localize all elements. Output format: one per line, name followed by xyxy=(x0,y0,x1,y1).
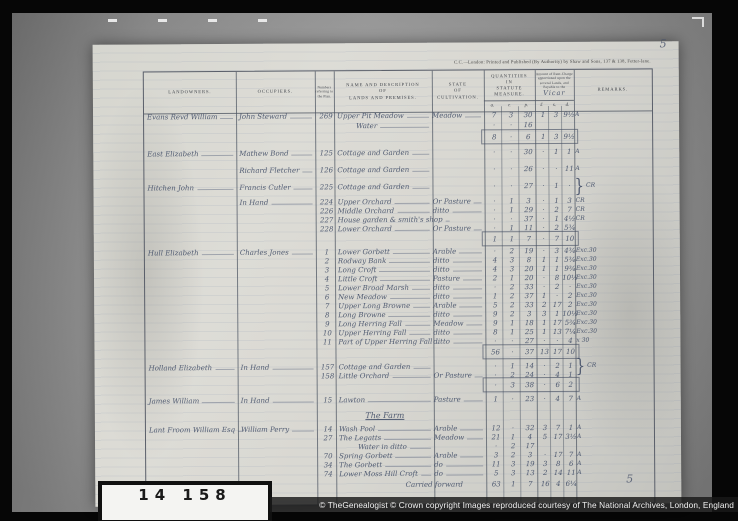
plan-number-cell: 74 xyxy=(317,468,336,479)
farm-heading: The Farm xyxy=(336,410,434,422)
landowner-cell xyxy=(145,224,237,236)
cultivation-cell: Carried forward xyxy=(434,478,486,489)
plan-number-cell: 225 xyxy=(315,181,334,192)
plan-number-cell xyxy=(317,479,336,490)
acres-cell: 56 xyxy=(485,346,502,357)
shillings-cell: 6 xyxy=(550,379,563,390)
roods-cell: · xyxy=(501,180,518,191)
landowner-cell xyxy=(145,235,237,247)
header-quantities: QUANTITIESINSTATUTE MEASURE. xyxy=(484,70,535,100)
pounds-cell: 2 xyxy=(537,467,550,478)
copyright-watermark-text: © TheGenealogist © Crown copyright Image… xyxy=(319,500,734,510)
film-edge-tick xyxy=(208,19,217,22)
land-name-cell: Part of Upper Herring Fall xyxy=(335,336,433,348)
roods-cell: 3 xyxy=(503,379,520,390)
remark-cell xyxy=(574,130,652,141)
pence-cell: 9½ xyxy=(561,131,574,142)
perches-cell: 37 xyxy=(519,346,536,357)
perches-cell: 30 xyxy=(518,146,535,157)
land-name-cell: Lower Orchard xyxy=(335,223,433,235)
acres-cell: 1 xyxy=(486,393,503,404)
perches-cell: 7 xyxy=(519,233,536,244)
perches-cell: 13 xyxy=(520,467,537,478)
pence-cell: 1 xyxy=(561,146,574,157)
pounds-cell: 16 xyxy=(537,478,550,489)
plan-number-cell xyxy=(315,132,334,143)
shillings-cell: 3 xyxy=(548,131,561,142)
occupier-cell: Francis Cutler xyxy=(236,181,315,192)
acres-cell: 1 xyxy=(485,233,502,244)
rentcharge-payee-handwritten: Vicar xyxy=(543,89,565,98)
roods-cell: 3 xyxy=(503,467,520,478)
landowner-cell xyxy=(146,469,238,481)
landowner-cell xyxy=(146,381,238,393)
perches-cell: 26 xyxy=(518,163,535,174)
landowner-cell xyxy=(144,121,236,133)
acres-cell: · xyxy=(484,180,501,191)
roods-cell: 1 xyxy=(503,478,520,489)
land-name-cell: Lower Moss Hill Croft xyxy=(336,468,434,480)
header-rentcharge: Amount of Rent-Charge apportioned upon t… xyxy=(535,70,574,100)
section-heading-row: The Farm xyxy=(146,408,654,422)
occupier-cell xyxy=(236,132,315,143)
landowner-cell: East Elizabeth xyxy=(144,148,236,160)
acres-cell: 8 xyxy=(484,131,501,142)
pounds-cell: 13 xyxy=(536,346,549,357)
landowner-cell xyxy=(145,348,237,360)
film-edge-tick xyxy=(158,19,167,22)
shillings-cell: 4 xyxy=(550,478,563,489)
occupier-cell xyxy=(238,380,317,391)
remark-cell: x 30 xyxy=(575,334,653,345)
cultivation-cell: Pasture xyxy=(434,393,486,404)
pence-cell: · xyxy=(561,180,574,191)
cultivation-cell: ditto xyxy=(433,335,485,346)
shillings-cell: 17 xyxy=(549,346,562,357)
film-edge-tick xyxy=(108,19,117,22)
acres-cell: · xyxy=(484,146,501,157)
occupier-cell: In Hand xyxy=(238,394,317,405)
pounds-cell: · xyxy=(537,393,550,404)
cultivation-cell xyxy=(432,163,484,174)
plan-number-cell: 15 xyxy=(317,394,336,405)
land-name-cell: Cottage and Garden xyxy=(334,181,432,193)
film-background: C.C.—London: Printed and Published (By A… xyxy=(12,13,712,512)
roods-cell: · xyxy=(501,146,518,157)
remark-cell xyxy=(575,221,653,232)
land-name-cell xyxy=(334,132,432,144)
perches-cell: 7 xyxy=(520,478,537,489)
plan-number-cell xyxy=(316,234,335,245)
header-landowners: LANDOWNERS. xyxy=(144,72,236,114)
roods-cell: · xyxy=(503,393,520,404)
pence-cell: 10 xyxy=(562,233,575,244)
pounds-cell: · xyxy=(536,233,549,244)
remark-cell: A xyxy=(576,466,654,477)
remark-cell xyxy=(576,378,654,389)
plan-number-cell xyxy=(315,120,334,131)
remark-cell xyxy=(574,118,652,129)
cultivation-cell xyxy=(432,131,484,142)
plan-number-cell: 11 xyxy=(316,336,335,347)
landowner-cell xyxy=(144,165,236,177)
cultivation-cell xyxy=(433,233,485,244)
table-row: James WilliamIn Hand15LawtonPasture1·23·… xyxy=(146,392,654,406)
shillings-cell: 1 xyxy=(548,146,561,157)
shillings-cell: 1 xyxy=(548,180,561,191)
land-name-cell xyxy=(335,347,433,359)
pounds-cell: · xyxy=(535,146,548,157)
plan-number-cell xyxy=(316,347,335,358)
roods-cell: · xyxy=(501,163,518,174)
header-occupiers: OCCUPIERS. xyxy=(236,71,315,112)
film-edge-tick xyxy=(258,19,267,22)
cultivation-cell xyxy=(434,379,486,390)
landowner-cell: Hitchen John xyxy=(144,182,236,194)
occupier-cell xyxy=(237,347,316,358)
table-row: Hitchen JohnFrancis Cutler225Cottage and… xyxy=(144,179,652,193)
plan-number-cell: 126 xyxy=(315,164,334,175)
grouping-brace: } xyxy=(574,179,584,192)
cultivation-cell xyxy=(432,119,484,130)
perches-cell: 6 xyxy=(518,131,535,142)
occupier-cell xyxy=(237,234,316,245)
shillings-cell: · xyxy=(548,163,561,174)
remark-cell xyxy=(575,345,653,356)
pounds-cell: · xyxy=(537,379,550,390)
land-name-cell xyxy=(336,380,434,392)
perches-cell: 27 xyxy=(518,180,535,191)
pence-cell: 6¼ xyxy=(563,478,576,489)
acres-cell: 5 xyxy=(486,467,503,478)
pence-cell: 11 xyxy=(561,163,574,174)
remark-cell xyxy=(575,232,653,243)
pence-cell: 2 xyxy=(563,379,576,390)
page-number-top: 5 xyxy=(660,37,667,50)
pounds-cell: · xyxy=(535,163,548,174)
remark-cell: A xyxy=(576,392,654,403)
header-plan-numbers: Numbers referring to the Plan. xyxy=(315,71,334,112)
pounds-cell: 1 xyxy=(535,131,548,142)
remark-cell xyxy=(576,477,654,488)
header-remarks: REMARKS. xyxy=(574,69,652,110)
roods-cell: 1 xyxy=(502,233,519,244)
cultivation-cell xyxy=(432,146,484,157)
landowner-cell xyxy=(145,337,237,349)
document-page: C.C.—London: Printed and Published (By A… xyxy=(93,41,682,507)
acres-cell: 63 xyxy=(486,478,503,489)
roods-cell: · xyxy=(501,131,518,142)
land-name-cell xyxy=(335,234,433,246)
plan-number-cell: 228 xyxy=(316,223,335,234)
pence-cell: 10 xyxy=(562,346,575,357)
cultivation-cell xyxy=(433,346,485,357)
cultivation-cell: do xyxy=(434,467,486,478)
plan-number-cell: 125 xyxy=(315,147,334,158)
apportionment-table: LANDOWNERS. OCCUPIERS. Numbers referring… xyxy=(143,68,656,506)
pounds-cell: · xyxy=(535,180,548,191)
perches-cell: 38 xyxy=(520,379,537,390)
occupier-cell xyxy=(236,120,315,131)
land-name-cell: Water xyxy=(334,120,432,132)
landowner-cell xyxy=(144,133,236,145)
acres-cell: · xyxy=(484,163,501,174)
roods-cell: · xyxy=(502,346,519,357)
copyright-watermark-bar: © TheGenealogist © Crown copyright Image… xyxy=(270,497,738,512)
pence-cell: 7 xyxy=(563,393,576,404)
land-name-cell: Lawton xyxy=(336,394,434,406)
acres-cell: · xyxy=(486,379,503,390)
land-name-cell: Cottage and Garden xyxy=(334,164,432,176)
cultivation-cell: Or Pasture xyxy=(433,222,485,233)
pence-cell: 11 xyxy=(563,467,576,478)
remark-cell: }CR xyxy=(574,179,652,190)
scanned-document-photo: C.C.—London: Printed and Published (By A… xyxy=(0,0,738,521)
plan-number-cell xyxy=(317,380,336,391)
frame-corner-mark xyxy=(692,17,704,27)
landowner-cell: James William xyxy=(146,395,238,407)
occupier-cell: Richard Fletcher xyxy=(236,164,315,175)
occupier-cell xyxy=(237,223,316,234)
archive-reference-label: 14 158 xyxy=(98,481,272,521)
perches-cell: 23 xyxy=(520,393,537,404)
occupier-cell xyxy=(238,468,317,479)
cultivation-cell xyxy=(432,180,484,191)
remark-cell: A xyxy=(574,145,652,156)
shillings-cell: 7 xyxy=(549,233,562,244)
shillings-cell: 4 xyxy=(550,393,563,404)
shillings-cell: 14 xyxy=(550,467,563,478)
table-row: East ElizabethMathew Bond125Cottage and … xyxy=(144,145,652,159)
land-name-cell: Cottage and Garden xyxy=(334,147,432,159)
occupier-cell: Mathew Bond xyxy=(236,147,315,158)
header-name-description: NAME AND DESCRIPTIONOFLANDS AND PREMISES… xyxy=(334,71,432,113)
header-state-cultivation: STATEOFCULTIVATION. xyxy=(432,70,484,111)
occupier-cell xyxy=(237,336,316,347)
remark-cell: A xyxy=(574,162,652,173)
